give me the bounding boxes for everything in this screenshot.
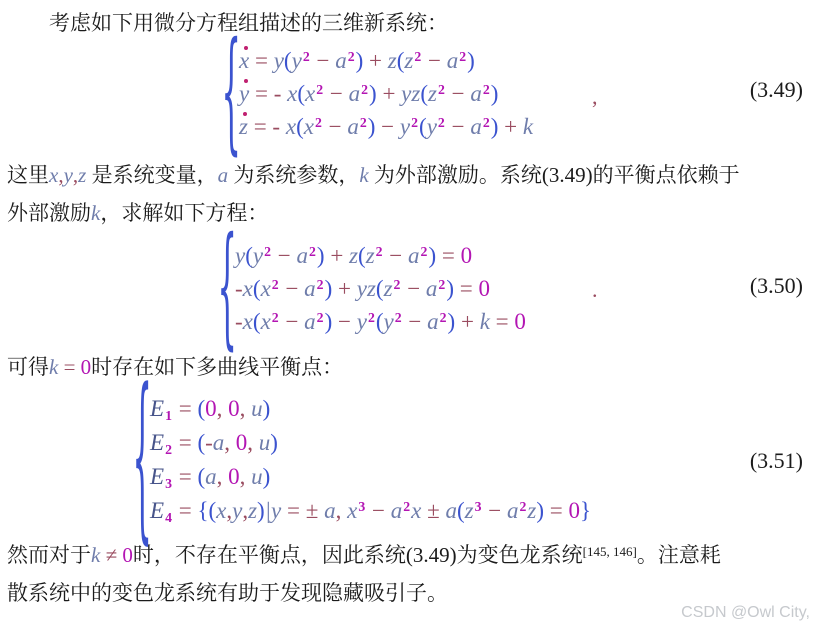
equation-line-3: -x(x2 − a2) − y2(y2 − a2) + k = 0 [235, 305, 526, 338]
equation-label-3-51: (3.51) [750, 448, 803, 474]
equation-line-xdot: x = y(y2 − a2) + z(z2 − a2) [239, 44, 533, 77]
equation-line-ydot: y = - x(x2 − a2) + yz(z2 − a2) [239, 77, 533, 110]
text-line: 可得k = 0时存在如下多曲线平衡点： [7, 348, 813, 386]
equation-line-1: y(y2 − a2) + z(z2 − a2) = 0 [235, 239, 526, 272]
equation-line-E2: E2 = (-a, 0, u) [150, 426, 591, 460]
text-line: 这里x,y,z 是系统变量，a 为系统参数，k 为外部激励。系统(3.49)的平… [7, 156, 813, 194]
left-brace-icon: { [132, 370, 143, 550]
text-line: 外部激励k，求解如下方程： [7, 194, 813, 232]
equation-line-zdot: z = - x(x2 − a2) − y2(y2 − a2) + k [239, 110, 533, 143]
equation-lines: x = y(y2 − a2) + z(z2 − a2) y = - x(x2 −… [239, 44, 533, 143]
csdn-watermark: CSDN @Owl City, [681, 604, 810, 622]
text-line: 然而对于k ≠ 0时，不存在平衡点，因此系统(3.49)为变色龙系统[145, … [7, 536, 813, 574]
text-line: 考虑如下用微分方程组描述的三维新系统： [7, 4, 813, 42]
equation-punctuation: , [592, 84, 598, 110]
document-page: 考虑如下用微分方程组描述的三维新系统： { x = y(y2 − a2) + z… [0, 0, 820, 626]
equation-3-50: { y(y2 − a2) + z(z2 − a2) = 0 -x(x2 − a2… [0, 239, 820, 341]
paragraph-variables: 这里x,y,z 是系统变量，a 为系统参数，k 为外部激励。系统(3.49)的平… [7, 156, 813, 232]
equation-lines: E1 = (0, 0, u) E2 = (-a, 0, u) E3 = (a, … [150, 392, 591, 528]
equation-lines: y(y2 − a2) + z(z2 − a2) = 0 -x(x2 − a2) … [235, 239, 526, 338]
equation-line-2: -x(x2 − a2) + yz(z2 − a2) = 0 [235, 272, 526, 305]
left-brace-icon: { [221, 28, 232, 160]
equation-3-51: { E1 = (0, 0, u) E2 = (-a, 0, u) E3 = (a… [0, 392, 820, 530]
equation-line-E1: E1 = (0, 0, u) [150, 392, 591, 426]
equation-3-49: { x = y(y2 − a2) + z(z2 − a2) y = - x(x2… [0, 44, 820, 146]
paragraph-intro: 考虑如下用微分方程组描述的三维新系统： [7, 4, 813, 42]
equation-line-E4: E4 = {(x,y,z)|y = ± a, x3 − a2x ± a(z3 −… [150, 494, 591, 528]
equation-label-3-50: (3.50) [750, 273, 803, 299]
paragraph-k-zero: 可得k = 0时存在如下多曲线平衡点： [7, 348, 813, 386]
equation-label-3-49: (3.49) [750, 77, 803, 103]
paragraph-chameleon: 然而对于k ≠ 0时，不存在平衡点，因此系统(3.49)为变色龙系统[145, … [7, 536, 813, 612]
equation-punctuation: . [592, 277, 598, 303]
left-brace-icon: { [217, 223, 228, 355]
equation-line-E3: E3 = (a, 0, u) [150, 460, 591, 494]
